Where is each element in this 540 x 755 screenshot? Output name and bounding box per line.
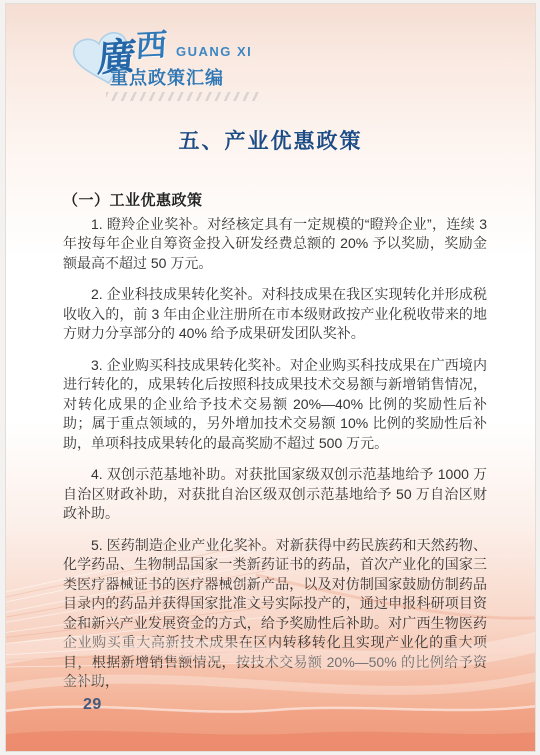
policy-paragraph-2: 2. 企业科技成果转化奖补。对科技成果在我区实现转化并形成税收收入的，前 3 年… <box>63 285 487 344</box>
logo-hanzi-xi: 西 <box>135 19 168 66</box>
policy-content: （一）工业优惠政策 1. 瞪羚企业奖补。对经核定具有一定规模的“瞪羚企业”，连续… <box>63 191 487 692</box>
logo-subtitle: 重点政策汇编 <box>110 64 224 90</box>
policy-paragraph-3: 3. 企业购买科技成果转化奖补。对企业购买科技成果在广西境内进行转化的，成果转化… <box>63 356 487 454</box>
guangxi-policy-logo: 廣 西 GUANG XI 重点政策汇编 <box>72 20 267 112</box>
policy-paragraph-1: 1. 瞪羚企业奖补。对经核定具有一定规模的“瞪羚企业”，连续 3 年按每年企业自… <box>63 215 487 274</box>
section-heading: （一）工业优惠政策 <box>63 191 487 211</box>
page-background: 廣 西 GUANG XI 重点政策汇编 五、产业优惠政策 （一）工业优惠政策 1… <box>5 3 536 752</box>
policy-paragraph-4: 4. 双创示范基地补助。对获批国家级双创示范基地给予 1000 万自治区财政补助… <box>63 465 487 524</box>
document-page-screenshot: { "logo": { "hanzi_guang": "廣", "hanzi_x… <box>0 0 540 755</box>
logo-hatch-stripe <box>106 92 261 101</box>
page-number: 29 <box>83 696 102 714</box>
policy-paragraph-5: 5. 医药制造企业产业化奖补。对新获得中药民族药和天然药物、化学药品、生物制品国… <box>63 536 487 692</box>
logo-latin-text: GUANG XI <box>176 44 252 59</box>
chapter-title: 五、产业优惠政策 <box>6 125 535 155</box>
